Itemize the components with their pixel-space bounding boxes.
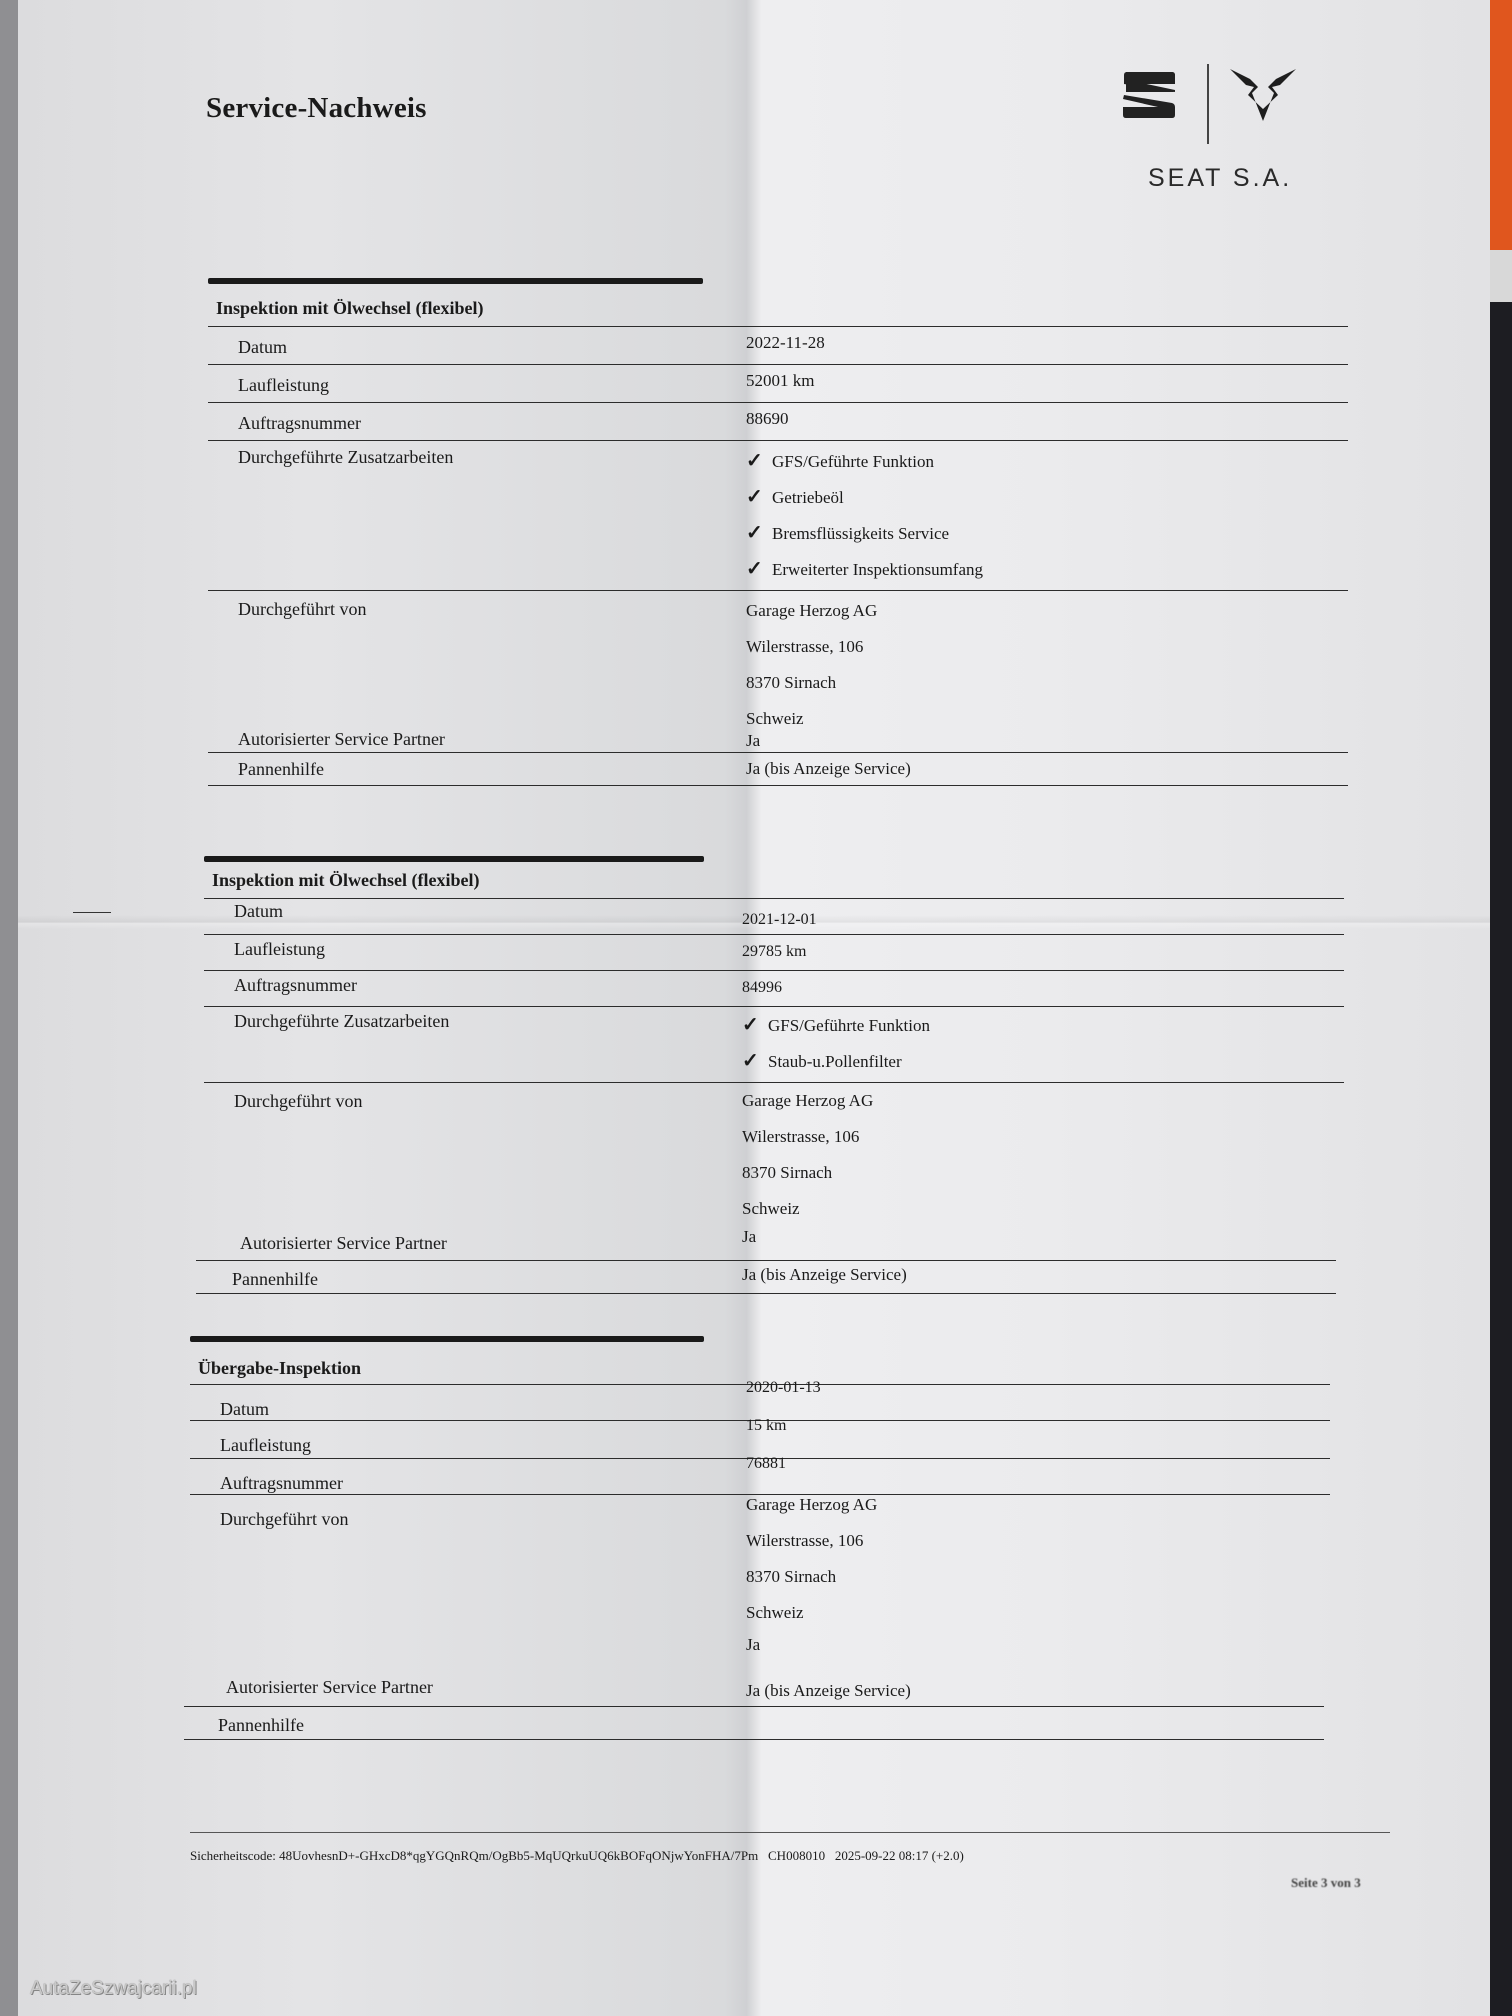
row-pannenhilfe: Pannenhilfe Ja (bis Anzeige Service) [196,1260,1336,1294]
item-text: Garage Herzog AG [746,601,877,620]
section-heading: Übergabe-Inspektion [198,1358,361,1379]
value-datum: 2022-11-28 [746,333,825,353]
value-laufleistung: 29785 km [742,943,806,961]
label-partner: Autorisierter Service Partner [240,1233,447,1254]
address-line: 8370 Sirnach [746,669,877,705]
address-line: Wilerstrasse, 106 [746,1527,877,1563]
row-datum: Datum 2020-01-13 [190,1384,1330,1420]
durchgefuehrt-address: Garage Herzog AGWilerstrasse, 1068370 Si… [742,1087,873,1231]
label-auftragsnummer: Auftragsnummer [238,413,361,434]
address-line: Wilerstrasse, 106 [746,633,877,669]
label-zusatzarbeiten: Durchgeführte Zusatzarbeiten [234,1011,449,1032]
zusatzarbeiten-list: ✓GFS/Geführte Funktion✓Getriebeöl✓Bremsf… [746,447,983,591]
checkmark-icon: ✓ [746,447,772,475]
value-datum: 2021-12-01 [742,911,817,929]
item-text: Wilerstrasse, 106 [746,637,863,656]
address-line: 8370 Sirnach [746,1563,877,1599]
checkmark-icon: ✓ [742,1047,768,1075]
cupra-logo-icon [1228,65,1298,123]
row-datum: Datum 2021-12-01 [204,898,1344,934]
label-durchgefuehrt: Durchgeführt von [220,1509,348,1530]
brand-name: SEAT S.A. [1148,164,1292,193]
row-laufleistung: Laufleistung 29785 km [204,934,1344,970]
value-auftragsnummer: 88690 [746,409,789,429]
address-line: Schweiz [746,705,877,741]
label-partner: Autorisierter Service Partner [226,1677,433,1698]
durchgefuehrt-address: Garage Herzog AGWilerstrasse, 1068370 Si… [746,597,877,741]
row-auftragsnummer: Auftragsnummer 84996 [204,970,1344,1006]
zusatzarbeiten-list: ✓GFS/Geführte Funktion✓Staub-u.Pollenfil… [742,1011,930,1083]
value-laufleistung: 15 km [746,1417,786,1435]
item-text: Erweiterter Inspektionsumfang [772,560,983,579]
item-text: Garage Herzog AG [746,1495,877,1514]
label-zusatzarbeiten: Durchgeführte Zusatzarbeiten [238,447,453,468]
background-strip [1488,250,1512,302]
label-laufleistung: Laufleistung [234,939,325,960]
label-datum: Datum [220,1399,269,1420]
section-heading: Inspektion mit Ölwechsel (flexibel) [212,870,480,891]
value-auftragsnummer: 76881 [746,1455,786,1473]
value-pannenhilfe: Ja (bis Anzeige Service) [746,759,911,779]
row-pannenhilfe: Pannenhilfe Ja (bis Anzeige Service) [184,1706,1324,1740]
value-auftragsnummer: 84996 [742,979,782,997]
section-divider [204,856,704,862]
label-datum: Datum [238,337,287,358]
address-line: Wilerstrasse, 106 [742,1123,873,1159]
address-line: Garage Herzog AG [746,597,877,633]
row-auftragsnummer: Auftragsnummer 76881 [190,1458,1330,1494]
value-partner: Ja [742,1227,756,1247]
row-zusatzarbeiten: Durchgeführte Zusatzarbeiten ✓GFS/Geführ… [208,440,1348,590]
item-text: Wilerstrasse, 106 [742,1127,859,1146]
document-title: Service-Nachweis [206,92,427,125]
label-datum: Datum [234,901,283,922]
address-line: Schweiz [742,1195,873,1231]
label-laufleistung: Laufleistung [220,1435,311,1456]
footer-divider [190,1832,1390,1833]
zusatzarbeit-item: ✓Staub-u.Pollenfilter [742,1047,930,1083]
row-durchgefuehrt: Durchgeführt von Garage Herzog AGWilerst… [204,1082,1344,1260]
address-line: Garage Herzog AG [746,1491,877,1527]
address-line: Garage Herzog AG [742,1087,873,1123]
security-label: Sicherheitscode: [190,1848,276,1863]
label-durchgefuehrt: Durchgeführt von [238,599,366,620]
label-pannenhilfe: Pannenhilfe [218,1715,304,1736]
item-text: Staub-u.Pollenfilter [768,1052,902,1071]
checkmark-icon: ✓ [746,483,772,511]
label-pannenhilfe: Pannenhilfe [238,759,324,780]
item-text: Garage Herzog AG [742,1091,873,1110]
print-timestamp: 2025-09-22 08:17 (+2.0) [835,1848,964,1863]
section-heading: Inspektion mit Ölwechsel (flexibel) [216,298,484,319]
page-number: Seite 3 von 3 [1291,1875,1361,1891]
item-text: GFS/Geführte Funktion [768,1016,930,1035]
row-laufleistung: Laufleistung 15 km [190,1420,1330,1458]
value-laufleistung: 52001 km [746,371,814,391]
checkmark-icon: ✓ [746,519,772,547]
label-pannenhilfe: Pannenhilfe [232,1269,318,1290]
item-text: 8370 Sirnach [742,1163,832,1182]
brand-logo: SEAT S.A. [1100,50,1330,200]
row-auftragsnummer: Auftragsnummer 88690 [208,402,1348,440]
checkmark-icon: ✓ [746,555,772,583]
item-text: 8370 Sirnach [746,1567,836,1586]
value-partner: Ja [746,1635,760,1655]
item-text: Getriebeöl [772,488,844,507]
security-code: 48UovhesnD+-GHxcD8*qgYGQnRQm/OgBb5-MqUQr… [279,1848,758,1863]
watermark: AutaZeSzwajcarii.pl [30,1978,197,2000]
label-partner: Autorisierter Service Partner [238,729,445,750]
item-text: GFS/Geführte Funktion [772,452,934,471]
item-text: Bremsflüssigkeits Service [772,524,949,543]
logo-separator [1207,64,1209,144]
value-pannenhilfe: Ja (bis Anzeige Service) [746,1681,911,1701]
zusatzarbeit-item: ✓GFS/Geführte Funktion [742,1011,930,1047]
section-divider [208,278,703,284]
background-dark [1488,302,1512,2016]
item-text: Schweiz [746,1603,804,1622]
value-pannenhilfe: Ja (bis Anzeige Service) [742,1265,907,1285]
row-durchgefuehrt: Durchgeführt von Garage Herzog AGWilerst… [208,590,1348,752]
row-pannenhilfe: Pannenhilfe Ja (bis Anzeige Service) [208,752,1348,786]
checkmark-icon: ✓ [742,1011,768,1039]
margin-mark [73,912,111,913]
item-text: Schweiz [746,709,804,728]
item-text: Wilerstrasse, 106 [746,1531,863,1550]
zusatzarbeit-item: ✓Getriebeöl [746,483,983,519]
value-datum: 2020-01-13 [746,1379,821,1397]
durchgefuehrt-address: Garage Herzog AGWilerstrasse, 1068370 Si… [746,1491,877,1635]
row-laufleistung: Laufleistung 52001 km [208,364,1348,402]
label-durchgefuehrt: Durchgeführt von [234,1091,362,1112]
service-document: Service-Nachweis SEAT S.A. Inspektion mi… [18,0,1490,2016]
zusatzarbeit-item: ✓Bremsflüssigkeits Service [746,519,983,555]
section-divider [190,1336,704,1342]
footer-security: Sicherheitscode: 48UovhesnD+-GHxcD8*qgYG… [190,1848,964,1864]
label-laufleistung: Laufleistung [238,375,329,396]
zusatzarbeit-item: ✓Erweiterter Inspektionsumfang [746,555,983,591]
address-line: 8370 Sirnach [742,1159,873,1195]
row-datum: Datum 2022-11-28 [208,326,1348,364]
seat-logo-icon [1122,70,1176,120]
dealer-code: CH008010 [768,1848,825,1863]
value-partner: Ja [746,731,760,751]
zusatzarbeit-item: ✓GFS/Geführte Funktion [746,447,983,483]
address-line: Schweiz [746,1599,877,1635]
row-durchgefuehrt: Durchgeführt von Garage Herzog AGWilerst… [190,1494,1330,1706]
label-auftragsnummer: Auftragsnummer [234,975,357,996]
label-auftragsnummer: Auftragsnummer [220,1473,343,1494]
item-text: 8370 Sirnach [746,673,836,692]
row-zusatzarbeiten: Durchgeführte Zusatzarbeiten ✓GFS/Geführ… [204,1006,1344,1082]
background-orange-object [1488,0,1512,250]
item-text: Schweiz [742,1199,800,1218]
